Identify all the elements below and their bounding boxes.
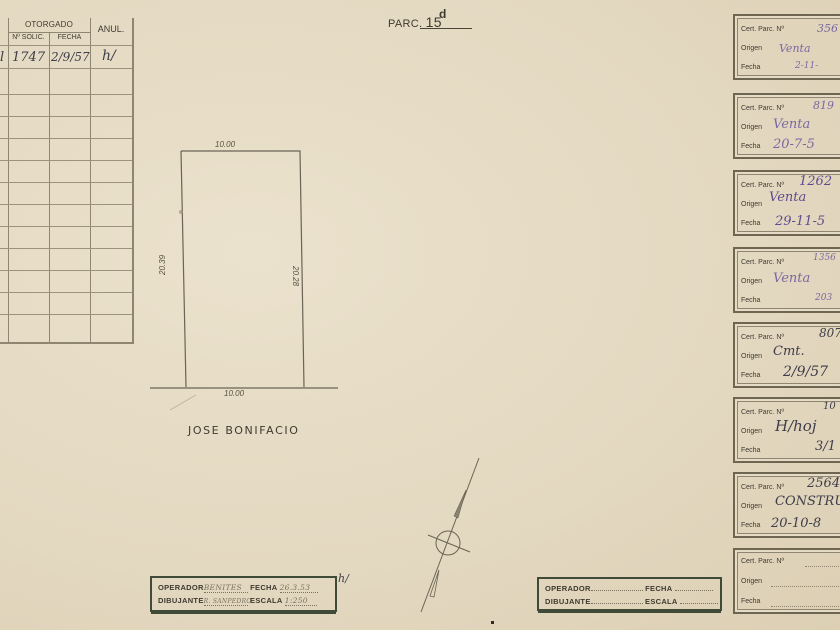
operador-label: OPERADOR [158, 583, 204, 592]
cert-label: Cert. Parc. Nº [741, 409, 784, 416]
cert-value: 1356 [813, 253, 836, 263]
fecha-value: 3/1 [815, 439, 836, 454]
escala-label: ESCALA [645, 597, 677, 606]
origen-label: Origen [741, 503, 762, 510]
dibujante-label: DIBUJANTE [545, 597, 591, 606]
dibujante-label: DIBUJANTE [158, 596, 204, 605]
origen-label: Origen [741, 278, 762, 285]
fecha-label: Fecha [741, 372, 760, 379]
origen-label: Origen [741, 353, 762, 360]
fecha-value: 203 [815, 293, 832, 303]
operador-blank [591, 590, 643, 591]
cert-card: Cert. Parc. Nº Origen Fecha 2564 CONSTRU… [733, 472, 840, 538]
origen-label: Origen [741, 578, 762, 585]
operator-box-filled: OPERADORBENITES FECHA 26.3.53 DIBUJANTER… [150, 576, 337, 612]
top-dimension: 10.00 [215, 140, 235, 149]
cert-card: Cert. Parc. Nº Origen Fecha 1262 Venta 2… [733, 170, 840, 236]
fecha-label: Fecha [741, 522, 760, 529]
fecha-label: Fecha [741, 598, 760, 605]
dibujante-blank [591, 603, 643, 604]
fecha-label: FECHA [250, 583, 277, 592]
cert-card: Cert. Parc. Nº Origen Fecha 1356 Venta 2… [733, 247, 840, 313]
cert-label: Cert. Parc. Nº [741, 26, 784, 33]
origen-label: Origen [741, 124, 762, 131]
cert-card: Cert. Parc. Nº Origen Fecha 356 Venta 2-… [733, 14, 840, 80]
plot-drawing [0, 0, 840, 630]
origen-value: H/hoj [775, 417, 816, 435]
fecha-value: 20-7-5 [773, 137, 815, 152]
fecha-value: 20-10-8 [771, 516, 821, 531]
fecha-value: 29-11-5 [775, 214, 825, 229]
left-dimension: 20.39 [158, 255, 167, 275]
cert-card: Cert. Parc. Nº Origen Fecha 819 Venta 20… [733, 93, 840, 159]
cert-card: Cert. Parc. Nº Origen Fecha 10 H/hoj 3/1 [733, 397, 840, 463]
fecha-value: 26.3.53 [280, 583, 318, 593]
operator-box-empty: OPERADOR FECHA DIBUJANTE ESCALA [537, 577, 722, 611]
origen-value: Venta [779, 42, 811, 55]
cert-label: Cert. Parc. Nº [741, 484, 784, 491]
fecha-label: Fecha [741, 220, 760, 227]
dibujante-value: R. SANPEDRO [204, 598, 248, 606]
fecha-label: Fecha [741, 297, 760, 304]
origen-value: Venta [769, 190, 806, 205]
origen-label: Origen [741, 201, 762, 208]
fecha-value: 2/9/57 [783, 364, 828, 380]
fecha-label: Fecha [741, 64, 760, 71]
cert-value: 10 [823, 401, 836, 412]
operador-value: BENITES [204, 583, 248, 593]
cert-label: Cert. Parc. Nº [741, 334, 784, 341]
origen-value: Venta [773, 271, 810, 286]
origen-value: CONSTRU [775, 494, 840, 509]
escala-value: 1:250 [285, 596, 317, 606]
cert-label: Cert. Parc. Nº [741, 105, 784, 112]
origen-label: Origen [741, 428, 762, 435]
cert-card: Cert. Parc. Nº Origen Fecha 807 Cmt. 2/9… [733, 322, 840, 388]
escala-blank [680, 603, 718, 604]
cert-value: 2564 [807, 476, 840, 491]
fecha-label: Fecha [741, 143, 760, 150]
margin-mark: h/ [338, 572, 349, 585]
cert-value: 356 [817, 22, 838, 35]
bottom-dimension: 10.00 [224, 389, 244, 398]
cert-card-empty: Cert. Parc. Nº Origen Fecha [733, 548, 840, 614]
cert-value: 1262 [799, 174, 832, 189]
right-dimension: 20.28 [291, 266, 300, 286]
origen-value: Venta [773, 117, 810, 132]
fecha-blank [771, 606, 840, 607]
origen-blank [771, 586, 840, 587]
cert-value: 819 [813, 99, 834, 112]
cert-label: Cert. Parc. Nº [741, 259, 784, 266]
fecha-label: Fecha [741, 447, 760, 454]
street-name: JOSE BONIFACIO [188, 424, 299, 437]
origen-label: Origen [741, 45, 762, 52]
cert-label: Cert. Parc. Nº [741, 558, 784, 565]
origen-value: Cmt. [773, 344, 805, 359]
escala-label: ESCALA [250, 596, 282, 605]
north-arrow-icon [421, 458, 479, 612]
cert-label: Cert. Parc. Nº [741, 182, 784, 189]
operador-label: OPERADOR [545, 584, 591, 593]
cert-value: 807 [819, 326, 840, 340]
fecha-value: 2-11- [795, 61, 818, 71]
cert-blank [805, 566, 840, 567]
fecha-blank [675, 590, 713, 591]
fecha-label: FECHA [645, 584, 672, 593]
